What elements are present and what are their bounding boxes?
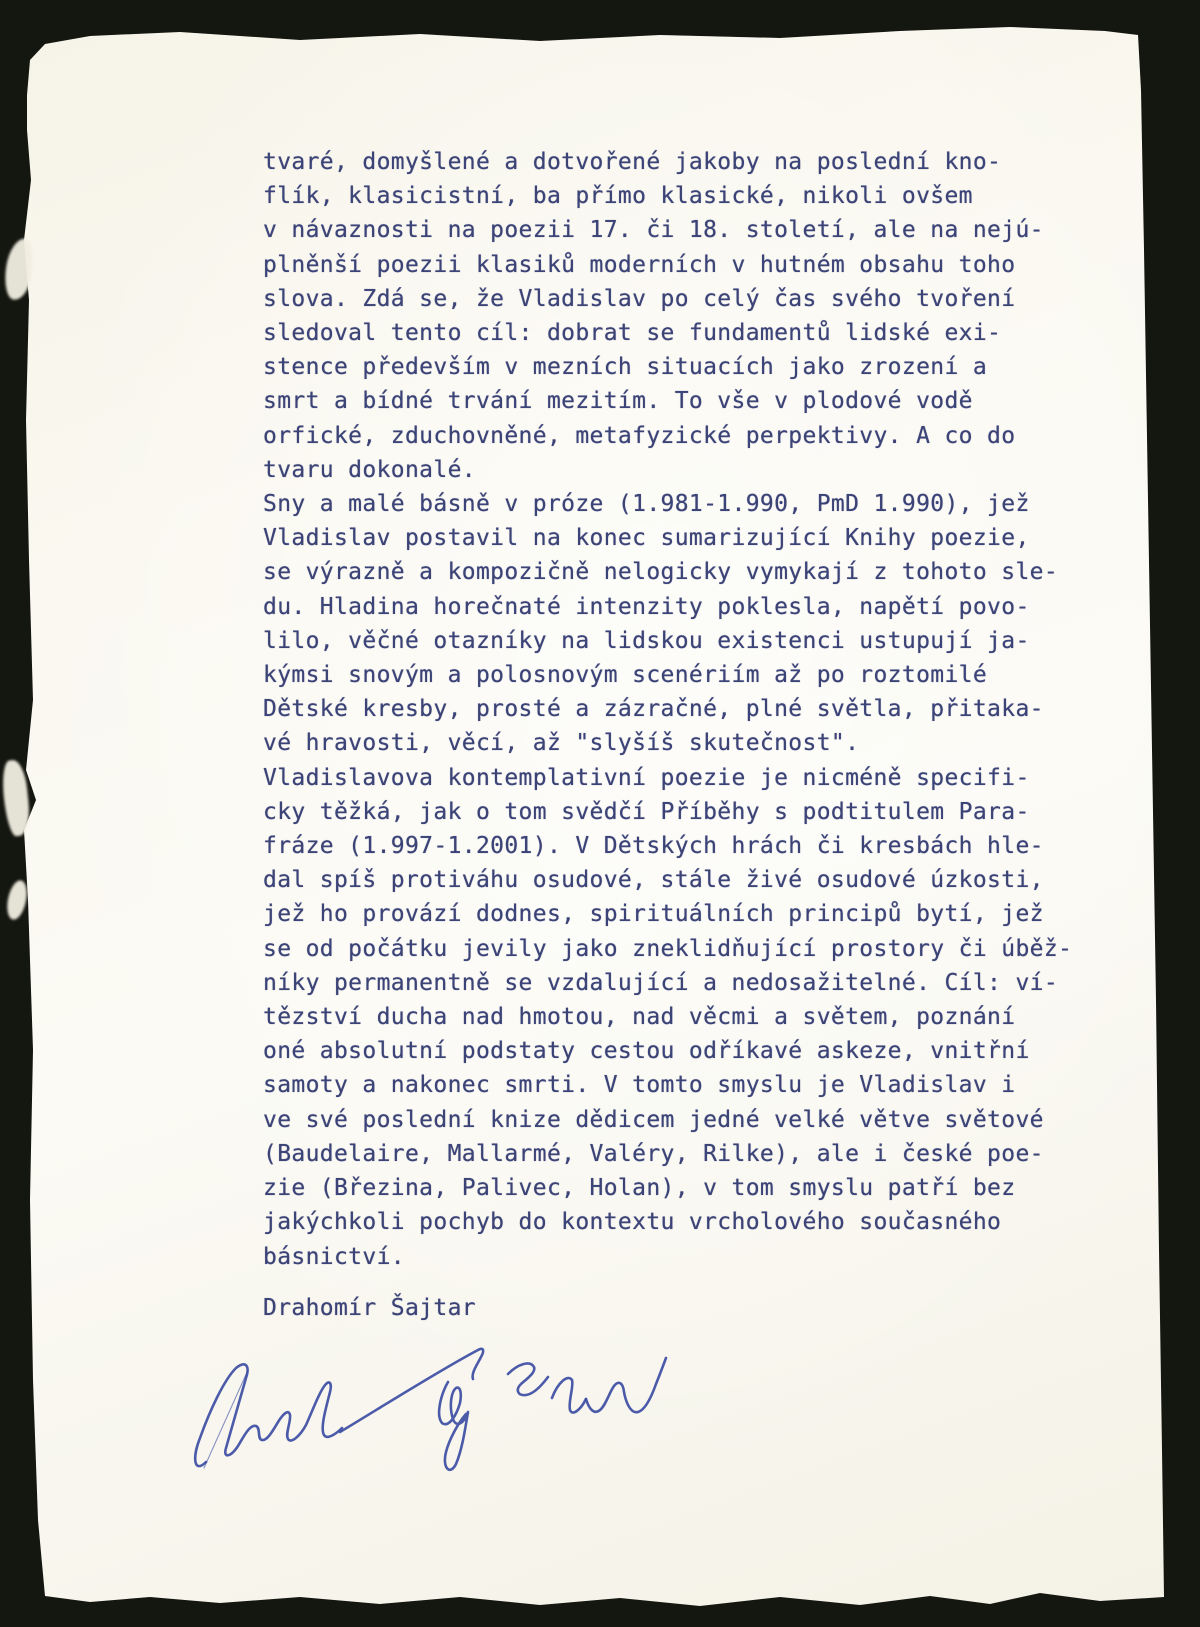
text-line: stence především v mezních situacích jak… — [263, 350, 1093, 384]
signature-stroke — [439, 1382, 468, 1470]
text-line: lilo, věčné otazníky na lidskou existenc… — [263, 624, 1093, 658]
text-line: níky permanentně se vzdalující a nedosaž… — [263, 966, 1093, 1000]
text-line: vé hravosti, věcí, až "slyšíš skutečnost… — [263, 726, 1093, 760]
text-line: básnictví. — [263, 1240, 1093, 1274]
text-line: orfické, zduchovněné, metafyzické perpek… — [263, 419, 1093, 453]
text-line: Vladislav postavil na konec sumarizující… — [263, 521, 1093, 555]
author-name: Drahomír Šajtar — [263, 1291, 476, 1325]
signature — [190, 1322, 695, 1497]
paper-deckle-fuzz — [4, 879, 30, 922]
text-line: tvaru dokonalé. — [263, 453, 1093, 487]
text-line: (Baudelaire, Mallarmé, Valéry, Rilke), a… — [263, 1137, 1093, 1171]
text-line: cky těžká, jak o tom svědčí Příběhy s po… — [263, 795, 1093, 829]
text-line: Sny a malé básně v próze (1.981-1.990, P… — [263, 487, 1093, 521]
text-line: kýmsi snovým a polosnovým scenériím až p… — [263, 658, 1093, 692]
text-line: v návaznosti na poezii 17. či 18. stolet… — [263, 213, 1093, 247]
text-line: zie (Březina, Palivec, Holan), v tom smy… — [263, 1171, 1093, 1205]
signature-stroke — [552, 1378, 586, 1413]
text-line: du. Hladina horečnaté intenzity poklesla… — [263, 590, 1093, 624]
text-line: jež ho provází dodnes, spirituálních pri… — [263, 897, 1093, 931]
text-line: flík, klasicistní, ba přímo klasické, ni… — [263, 179, 1093, 213]
text-line: tvaré, domyšlené a dotvořené jakoby na p… — [263, 145, 1093, 179]
text-line: fráze (1.997-1.2001). V Dětských hrách č… — [263, 829, 1093, 863]
text-line: jakýchkoli pochyb do kontextu vrcholovéh… — [263, 1205, 1093, 1239]
signature-stroke — [195, 1364, 342, 1466]
text-line: smrt a bídné trvání mezitím. To vše v pl… — [263, 384, 1093, 418]
text-line: ve své poslední knize dědicem jedné velk… — [263, 1103, 1093, 1137]
text-line: se výrazně a kompozičně nelogicky vymyka… — [263, 555, 1093, 589]
text-line: slova. Zdá se, že Vladislav po celý čas … — [263, 282, 1093, 316]
text-line: se od počátku jevily jako zneklidňující … — [263, 932, 1093, 966]
scan-background: tvaré, domyšlené a dotvořené jakoby na p… — [0, 0, 1200, 1627]
signature-stroke — [508, 1363, 548, 1395]
typewritten-text-block: tvaré, domyšlené a dotvořené jakoby na p… — [263, 145, 1093, 1274]
text-line: oné absolutní podstaty cestou odříkavé a… — [263, 1034, 1093, 1068]
text-line: dal spíš protiváhu osudové, stále živé o… — [263, 863, 1093, 897]
text-line: samoty a nakonec smrti. V tomto smyslu j… — [263, 1068, 1093, 1102]
text-line: Vladislavova kontemplativní poezie je ni… — [263, 761, 1093, 795]
text-line: tězství ducha nad hmotou, nad věcmi a sv… — [263, 1000, 1093, 1034]
text-line: sledoval tento cíl: dobrat se fundamentů… — [263, 316, 1093, 350]
text-line: plněnší poezii klasiků moderních v hutné… — [263, 248, 1093, 282]
signature-stroke — [586, 1358, 666, 1412]
text-line: Dětské kresby, prosté a zázračné, plné s… — [263, 692, 1093, 726]
paper-sheet: tvaré, domyšlené a dotvořené jakoby na p… — [0, 0, 1200, 1627]
